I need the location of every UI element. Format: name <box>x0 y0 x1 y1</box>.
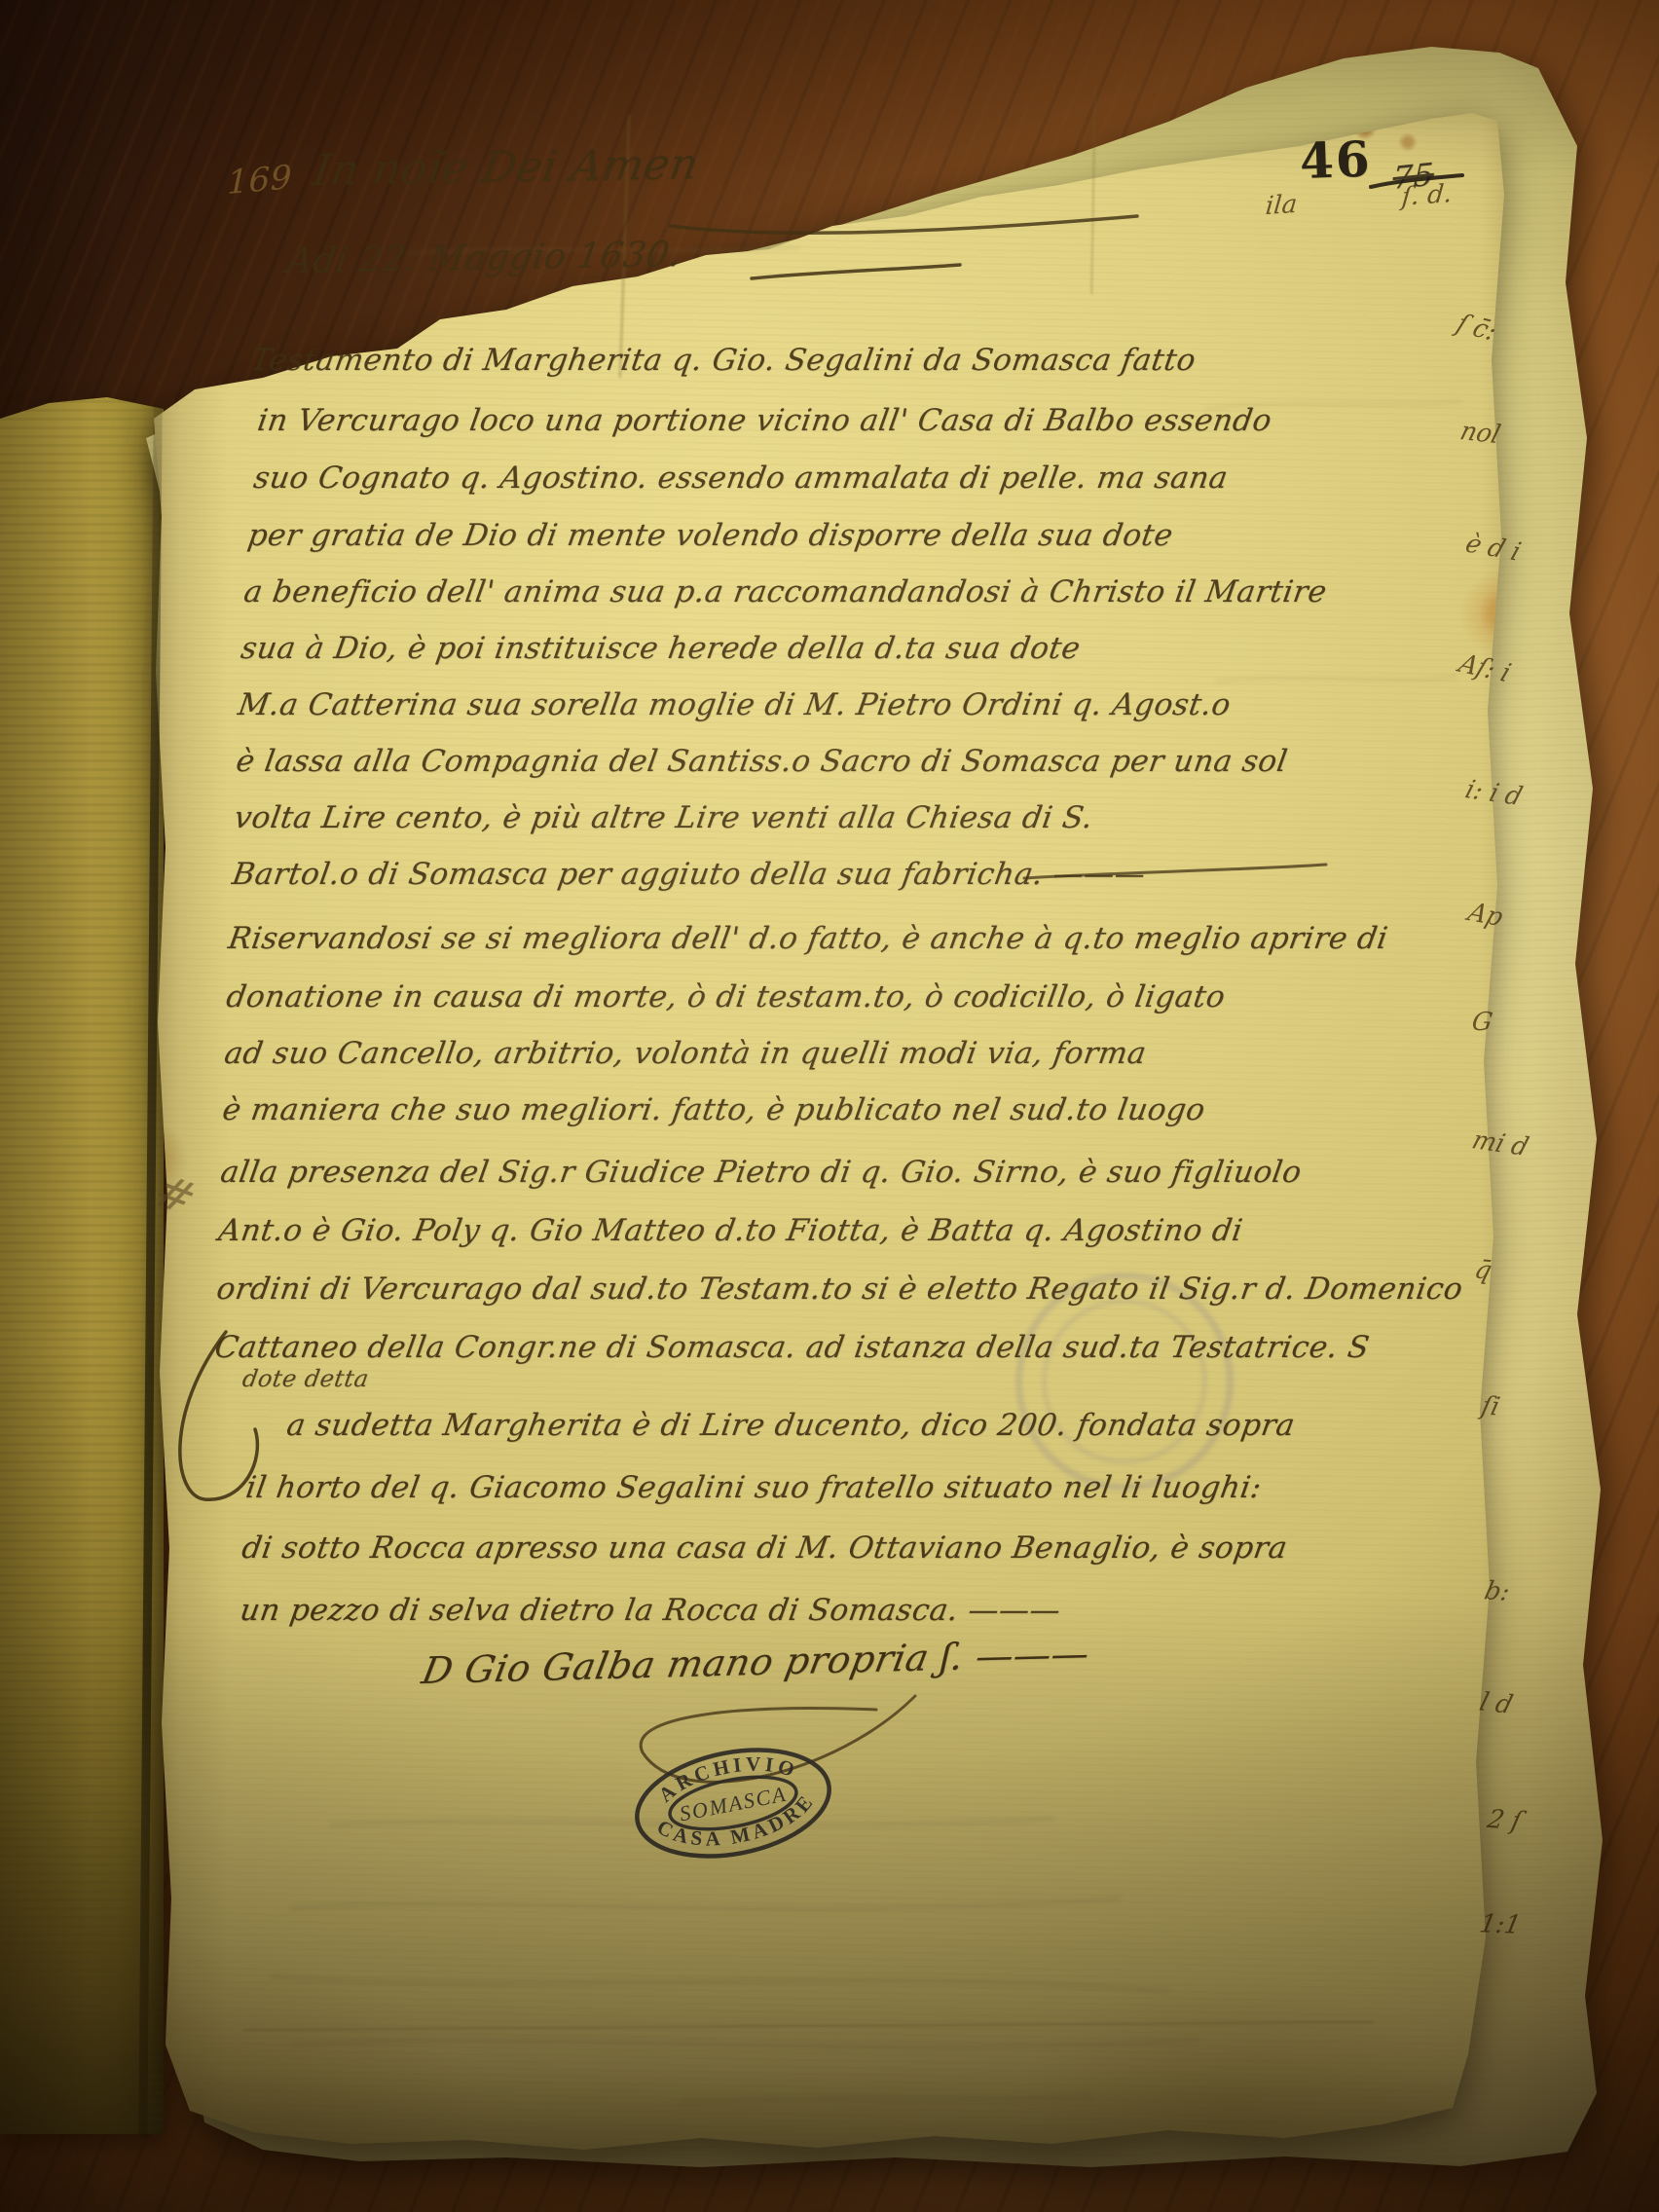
manuscript-line: ordini di Vercurago dal sud.to Testam.to… <box>214 1272 1465 1307</box>
edge-text-fragment: l d <box>1476 1687 1515 1719</box>
edge-text-fragment: è d i <box>1461 529 1524 567</box>
edge-text-fragment: 1:1 <box>1477 1909 1523 1939</box>
edge-text-fragment: nol <box>1457 417 1504 450</box>
heading-flourish-line <box>670 216 1137 233</box>
manuscript-line: ad suo Cancello, arbitrio, volontà in qu… <box>222 1036 1149 1071</box>
manuscript-line: è maniera che suo megliori. fatto, è pub… <box>220 1092 1208 1127</box>
manuscript-line: Riservandosi se si megliora dell' d.o fa… <box>226 921 1390 956</box>
edge-text-fragment: 2 ſ <box>1485 1805 1525 1836</box>
manuscript-line: a beneficio dell' anima sua p.a raccoman… <box>241 574 1329 609</box>
pencil-folio-number: 169 <box>227 158 292 203</box>
edge-text-fragment: i: i d <box>1461 775 1526 812</box>
archive-stamp: ARCHIVIO CASA MADRE SOMASCA <box>595 1708 871 1899</box>
manuscript-line: alla presenza del Sig.r Giudice Pietro d… <box>218 1155 1304 1190</box>
manuscript-line: Bartol.o di Somasca per aggiuto della su… <box>230 857 1148 892</box>
manuscript-line: Cattaneo della Congr.ne di Somasca. ad i… <box>212 1330 1372 1365</box>
edge-text-fragment: Ap <box>1464 898 1507 933</box>
manuscript-line: in Vercurago loco una portione vicino al… <box>255 403 1274 438</box>
manuscript-line: di sotto Rocca apresso una casa di M. Ot… <box>240 1530 1290 1566</box>
edge-text-fragment: ſ. d. <box>1400 179 1453 211</box>
manuscript-line: suo Cognato q. Agostino. essendo ammalat… <box>251 461 1231 496</box>
edge-text-fragment: b: <box>1482 1576 1513 1607</box>
bleedthrough-stamp-inner-ring <box>1031 1288 1218 1475</box>
manuscript-line: Testamento di Margherita q. Gio. Segalin… <box>248 343 1198 378</box>
manuscript-line: sua à Dio, è poi instituisce herede dell… <box>239 631 1083 666</box>
edge-text-fragment: mi d <box>1468 1125 1531 1162</box>
edge-text-fragment: ſi <box>1479 1391 1503 1421</box>
invocation-heading: In noĩe Dei Amen <box>310 139 702 196</box>
manuscript-line: volta Lire cento, è più altre Lire venti… <box>232 800 1095 835</box>
edge-text-fragment: ila <box>1265 190 1299 221</box>
folio-number: 46 <box>1299 129 1373 190</box>
edge-text-fragment: q̄ <box>1471 1255 1494 1286</box>
date-line: Adi 22. Maggio 1630. <box>284 235 684 281</box>
manuscript-line: donatione in causa di morte, ò di testam… <box>224 979 1228 1014</box>
manuscript-line: a sudetta Margherita è di Lire ducento, … <box>284 1408 1298 1443</box>
manuscript-line: Ant.o è Gio. Poly q. Gio Matteo d.to Fio… <box>216 1213 1245 1248</box>
left-page-block <box>0 391 164 2134</box>
notary-signature: D Gio Galba mano propria ʃ. ——— <box>419 1632 1093 1692</box>
edge-text-fragment: ſ c̄: <box>1452 309 1500 347</box>
manuscript-line: M.a Catterina sua sorella moglie di M. P… <box>236 687 1234 722</box>
paper-fold-line <box>243 2021 1373 2031</box>
photo-scene: 169 46 75 In noĩe Dei Amen Adi 22. Maggi… <box>0 0 1659 2212</box>
interline-note: dote detta <box>240 1365 371 1392</box>
manuscript-line: il horto del q. Giacomo Segalini suo fra… <box>243 1470 1264 1505</box>
date-dash <box>752 265 960 278</box>
edge-text-fragment: Aſ: i <box>1455 649 1515 689</box>
edge-text-fragment: G <box>1470 1008 1495 1037</box>
binding-gutter <box>138 403 163 2138</box>
manuscript-line: è lassa alla Compagnia del Santiss.o Sac… <box>234 744 1290 779</box>
paper-crease <box>1090 90 1096 294</box>
manuscript-line: per gratia de Dio di mente volendo dispo… <box>245 518 1175 553</box>
manuscript-line: un pezzo di selva dietro la Rocca di Som… <box>238 1593 1063 1628</box>
